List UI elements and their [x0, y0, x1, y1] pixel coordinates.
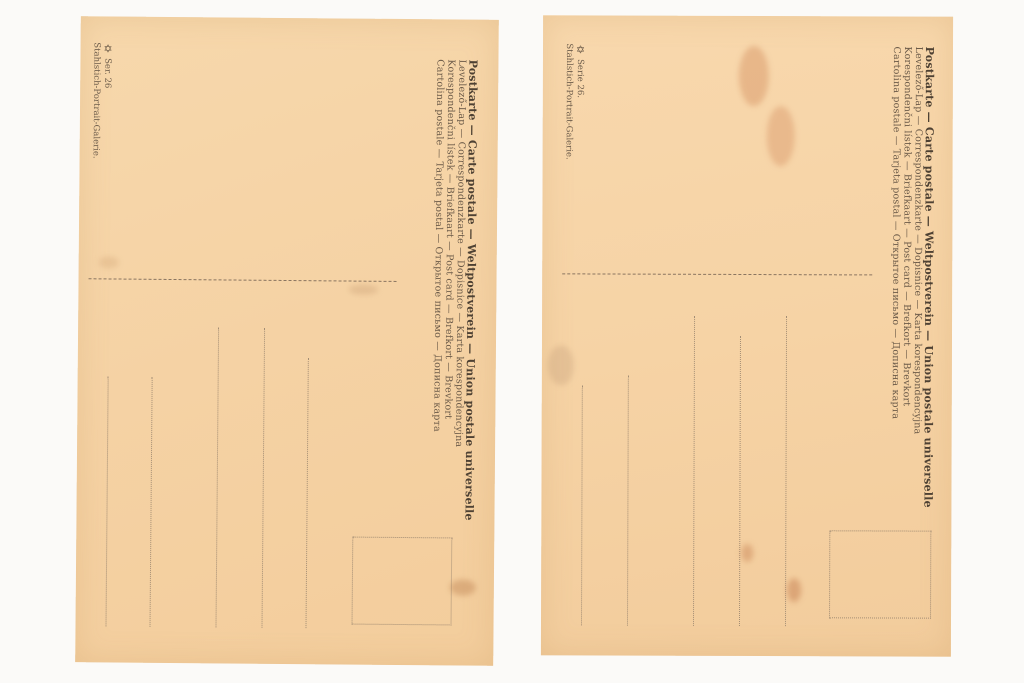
publisher-star-icon: ✡ [574, 43, 587, 56]
section-divider [89, 278, 397, 282]
stain [99, 256, 119, 268]
series-info: ✡ Serie 26. Stahlstich-Portrait-Galerie. [563, 43, 586, 159]
stamp-box [352, 537, 453, 626]
address-line [581, 385, 583, 625]
publisher-star-icon: ✡ [101, 42, 114, 55]
stain [739, 46, 769, 106]
address-line [150, 377, 153, 627]
series-label: Serie 26. [575, 59, 585, 98]
postcard-header: Postkarte — Carte postale — Weltpostvere… [889, 47, 935, 508]
address-line [693, 316, 695, 626]
postcard-left: Postkarte — Carte postale — Weltpostvere… [75, 16, 499, 666]
gallery-label: Stahlstich-Portrait-Galerie. [90, 42, 102, 158]
address-line [785, 316, 787, 626]
header-line-3: Korespondenčni lístek — Briefkaart — Pos… [900, 47, 913, 508]
stain [741, 544, 753, 562]
series-info: ✡ Ser. 26 Stahlstich-Portrait-Galerie. [90, 42, 114, 159]
address-line [215, 327, 219, 627]
postcard-right: Postkarte — Carte postale — Weltpostvere… [541, 15, 953, 656]
postcard-header: Postkarte — Carte postale — Weltpostvere… [430, 59, 478, 520]
stain [548, 345, 574, 385]
section-divider [562, 273, 872, 275]
gallery-label: Stahlstich-Portrait-Galerie. [563, 43, 574, 159]
stain [450, 579, 476, 595]
header-line-4: Cartolina postale — Tarjeta postal — Отк… [889, 47, 902, 508]
header-line-1: Postkarte — Carte postale — Weltpostvere… [922, 47, 935, 508]
series-label: Ser. 26 [102, 58, 112, 88]
address-line [627, 376, 629, 626]
address-line [739, 336, 741, 626]
address-line [305, 358, 308, 628]
address-line [106, 376, 109, 626]
address-line [261, 328, 265, 628]
stain [787, 578, 801, 602]
stamp-box [829, 530, 931, 618]
stain [348, 285, 378, 295]
stain [767, 106, 795, 166]
